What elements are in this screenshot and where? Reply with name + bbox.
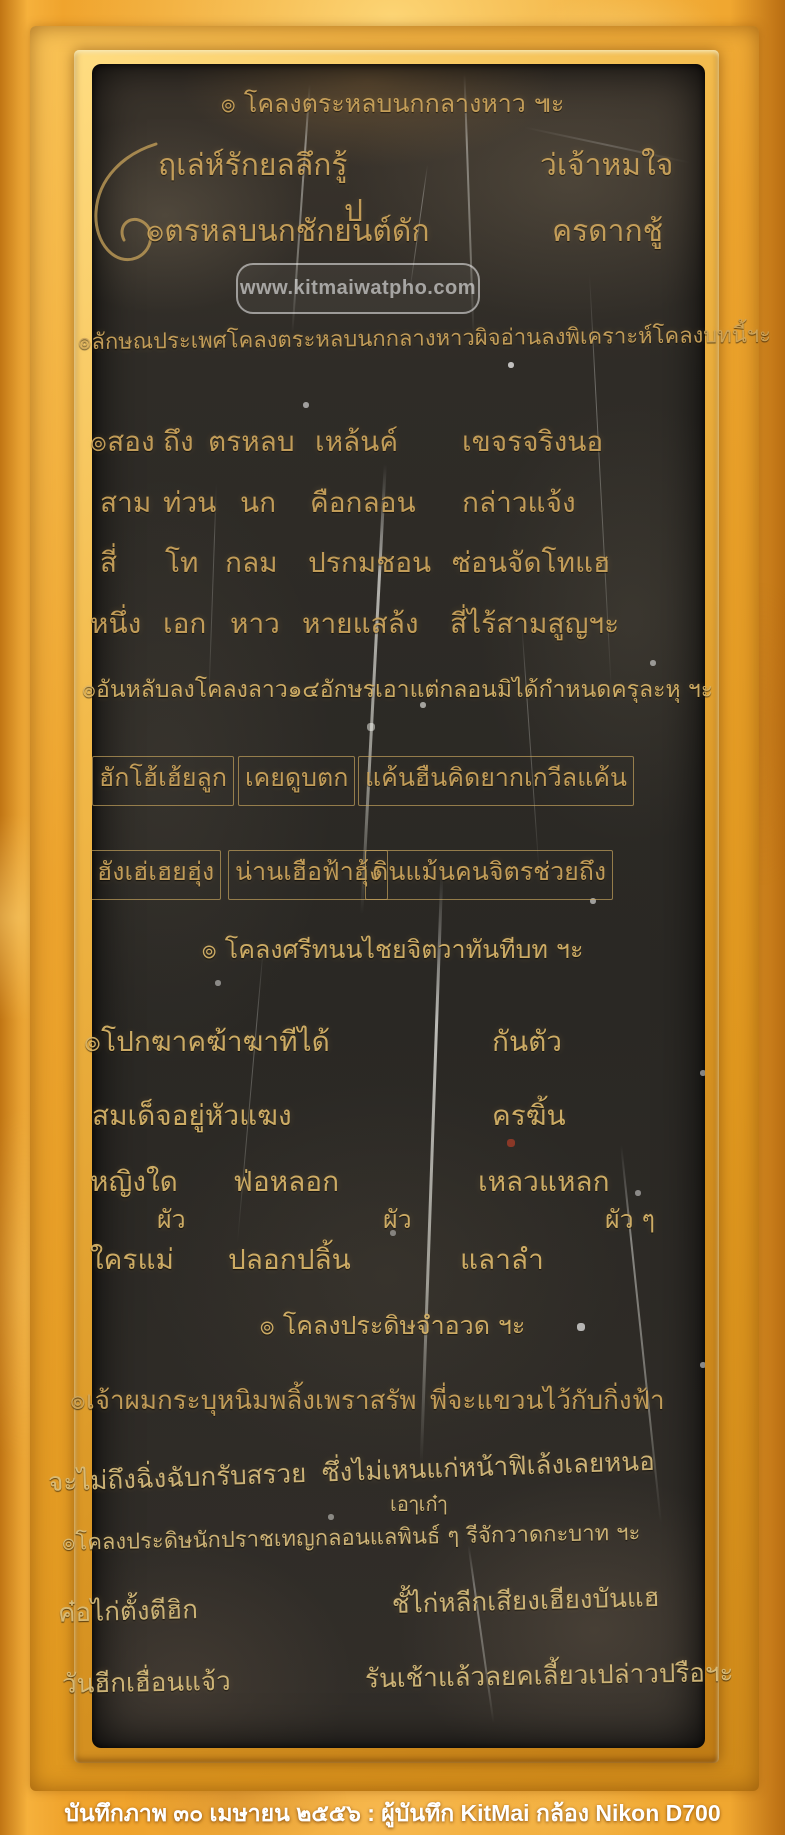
inscription-word: พี่จะแขวนไว้กับกิ่งฟ้า [430, 1380, 665, 1421]
inscription-word: ดินแม้นคนจิตรช่วยถึง [365, 850, 613, 900]
inscription-word: ครฆิ้น [492, 1094, 566, 1138]
inscription-word: ๏โปกฆาคฆ้าฆาทีได้ [84, 1020, 330, 1064]
inscription-word: ตรหลบ [208, 420, 295, 464]
inscription-word: ฤเล่ห์รักยลลึกรู้ [158, 142, 347, 189]
boxed-row: ฮังเฮ่เฮยฮุ่งน่านเฮือฟ้าฮุ้งดินแม้นคนจิต… [0, 850, 785, 896]
stanza2-row: ๏โปกฆาคฆ้าฆาทีได้กันตัว [0, 1020, 785, 1066]
inscription-word: หญิงใด [90, 1160, 178, 1204]
rule-line: ๏ลักษณประเพศโคลงตระหลบนกกลางหาวผิจอ่านลง… [78, 316, 785, 370]
inscription-word: เคยดูบตก [238, 756, 355, 806]
section-header: ๏ โคลงประดิษจำอวด ฯะ [0, 1306, 785, 1352]
inscription-word: ซ่อนจัดโทแฮ [452, 541, 610, 585]
inscription-word: วันฮีกเฮื่อนแจ้ว [62, 1661, 231, 1705]
photograph-inscription-tablet: ๏ โคลงตระหลบนกกลางหาว ๚ะ ฤเล่ห์รักยลลึกร… [0, 0, 785, 1835]
inscription-word: ชั้ไก่หลีกเสียงเฮียงบันแฮ [391, 1577, 660, 1625]
stanza1-row: ๏สองถึงตรหลบเหล้นค์เขจรจริงนอ [0, 420, 785, 466]
inscription-word: ผัว [157, 1200, 186, 1240]
inscription-word: ครดากชู้ [552, 208, 663, 255]
inscription-word: ว่เจ้าหมใจ [540, 142, 673, 189]
boxed-row: ฮักโฮ้เฮ้ยลูกเคยดูบตกแค้นฮืนคิดยากเกวีลแ… [0, 756, 785, 802]
section-header: ๏โคลงประดิษนักปราชเทญกลอนแลพินธ์ ๆ รีจัก… [62, 1511, 785, 1571]
inscription-word: หาว [230, 602, 280, 646]
inscription-word: หนึ่ง [90, 602, 141, 646]
inscription-word: ปลอกปลิ้น [228, 1238, 351, 1282]
inscription-word: ฮักโฮ้เฮ้ยลูก [92, 756, 234, 806]
inscription-word: ผัว [383, 1200, 412, 1240]
inscription-word: เอก [163, 602, 206, 646]
stanza4-row: ค๋อไก่ตั้งตีฮิกชั้ไก่หลีกเสียงเฮียงบันแฮ [0, 1574, 785, 1641]
inscription-word: สาม [100, 481, 151, 525]
note-line: ๏อันหลับลงโคลงลาว๑๔อักษรเอาแต่กลอนมิได้ก… [82, 672, 785, 718]
inscription-word: ๏สอง [90, 420, 155, 464]
inscription-word: แค้นฮืนคิดยากเกวีลแค้น [358, 756, 634, 806]
inscription-word: ฟ่อหลอก [233, 1160, 339, 1204]
inscription-word: จะไม่ถึงฉิ่งฉับกรับสรวย [47, 1453, 307, 1503]
inscription-word: รันเช้าแล้วลยคเลี้ยวเปล่าวปรือฯะ [365, 1652, 734, 1699]
inscription-word: เขจรจริงนอ [462, 420, 603, 464]
inscription-word: แลาลำ [460, 1238, 544, 1282]
poem-title: ๏ โคลงตระหลบนกกลางหาว ๚ะ [0, 84, 785, 130]
couplet-row: ฤเล่ห์รักยลลึกรู้ปว่เจ้าหมใจ [0, 142, 785, 188]
stanza1-row: หนึ่งเอกหาวหายแสล้งสี่ไร้สามสูญฯะ [0, 602, 785, 648]
inscription-word: ผัว ๆ [605, 1200, 655, 1240]
inscription-word: ๏เจ้าผมกระบุหนิมพลิ้งเพราสรัพ [70, 1380, 417, 1421]
stanza2-row: ใครแม่ปลอกปลิ้นแลาลำ [0, 1238, 785, 1284]
stanza1-row: สามท่วนนกคือกลอนกล่าวแจ้ง [0, 481, 785, 527]
inscription-word: กล่าวแจ้ง [462, 481, 576, 525]
couplet-row: ๏ตรหลบนกชักยนต์ดักครดากชู้ [0, 208, 785, 254]
inscription-word: ปรกมชอน [308, 541, 431, 585]
inscription-word: เหล้นค์ [315, 420, 398, 464]
inscription-word: หายแสล้ง [302, 602, 419, 646]
inscription-word: สี่ [100, 541, 117, 585]
inscription-word: กันตัว [492, 1020, 562, 1064]
inscription-word: ใครแม่ [90, 1238, 174, 1282]
watermark-text: www.kitmaiwatpho.com [240, 277, 476, 300]
inscription-word: ซึ่งไม่เหนแก่หน้าฟิเล้งเลยหนอ [321, 1441, 655, 1494]
stanza4-row: วันฮีกเฮื่อนแจ้วรันเช้าแล้วลยคเลี้ยวเปล่… [0, 1651, 785, 1711]
inscription-word: โท [165, 541, 199, 585]
inscription-word: สมเด็จอยู่หัวแฆง [92, 1094, 292, 1138]
inscription-word: สี่ไร้สามสูญฯะ [450, 602, 619, 646]
stanza2-row: สมเด็จอยู่หัวแฆงครฆิ้น [0, 1094, 785, 1140]
inscription-word: ท่วน [163, 481, 216, 525]
inscription-word: คือกลอน [310, 481, 416, 525]
inscription-word: ถึง [163, 420, 194, 464]
inscription-word: ค๋อไก่ตั้งตีฮิก [58, 1589, 199, 1634]
section-header: ๏ โคลงศรีทนนไชยจิตวาทันทีบท ฯะ [0, 930, 785, 976]
inscription-word: ฮังเฮ่เฮยฮุ่ง [90, 850, 221, 900]
stanza3-row: ๏เจ้าผมกระบุหนิมพลิ้งเพราสรัพพี่จะแขวนไว… [0, 1380, 785, 1426]
photo-caption: บันทึกภาพ ๓๐ เมษายน ๒๕๕๖ : ผู้บันทึก Kit… [0, 1796, 785, 1832]
inscription-word: ๏ตรหลบนกชักยนต์ดัก [146, 208, 430, 255]
stanza1-row: สี่โทกลมปรกมชอนซ่อนจัดโทแฮ [0, 541, 785, 587]
watermark-badge: www.kitmaiwatpho.com [236, 263, 480, 314]
inscription-word: กลม [225, 541, 278, 585]
inscription-word: เหลวแหลก [478, 1160, 610, 1204]
inscription-word: นก [240, 481, 276, 525]
